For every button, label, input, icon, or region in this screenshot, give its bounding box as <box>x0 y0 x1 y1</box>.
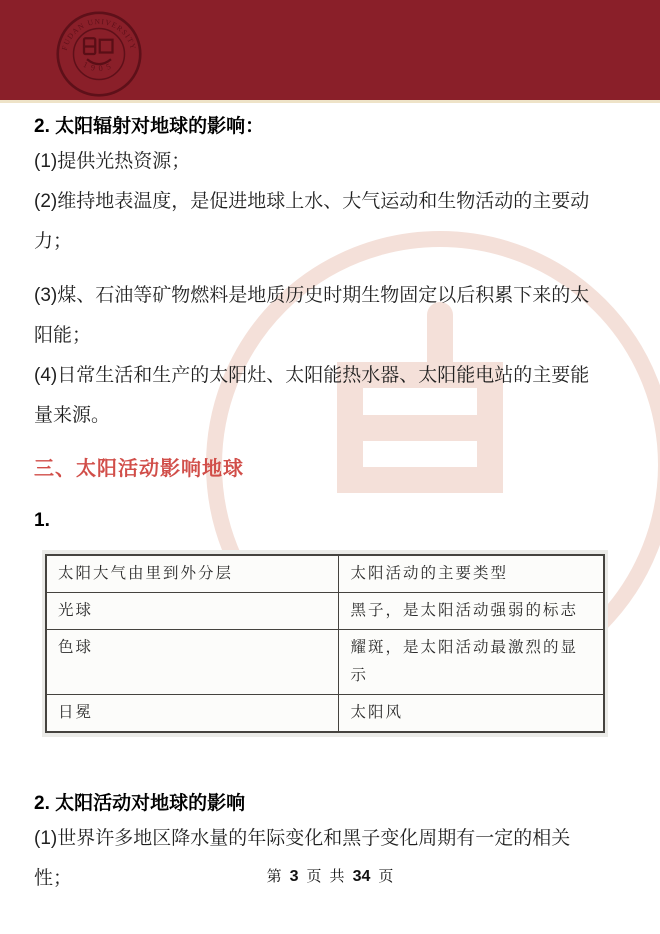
table-row: 光球 黑子，是太阳活动强弱的标志 <box>46 593 604 630</box>
section-heading-solar-activity: 三、太阳活动影响地球 <box>34 454 630 484</box>
seal-year-text: 1905 <box>82 60 117 73</box>
body-line: 阳能； <box>34 316 630 356</box>
table-cell: 日冕 <box>46 695 339 733</box>
university-seal-icon: FUDAN UNIVERSITY 1905 <box>54 9 144 99</box>
section-heading-solar-activity-effects: 2. 太阳活动对地球的影响 <box>34 789 630 819</box>
total-pages: 34 <box>353 868 371 885</box>
body-line: (4)日常生活和生产的太阳灶、太阳能热水器、太阳能电站的主要能 <box>34 356 630 396</box>
table-cell: 太阳风 <box>339 695 604 733</box>
footer-text: 共 <box>330 868 345 885</box>
table-cell: 黑子，是太阳活动强弱的标志 <box>339 593 604 630</box>
table-row: 日冕 太阳风 <box>46 695 604 733</box>
table-cell: 耀斑，是太阳活动最激烈的显示 <box>339 630 604 695</box>
body-line: (1)世界许多地区降水量的年际变化和黑子变化周期有一定的相关 <box>34 819 630 859</box>
list-number: 1. <box>34 506 630 536</box>
document-body: 2. 太阳辐射对地球的影响： (1)提供光热资源； (2)维持地表温度，是促进地… <box>34 112 630 899</box>
table-header-row: 太阳大气由里到外分层 太阳活动的主要类型 <box>46 555 604 593</box>
body-line: 力； <box>34 222 630 262</box>
seal-center-emblem <box>84 38 113 64</box>
section-heading-solar-radiation: 2. 太阳辐射对地球的影响： <box>34 112 630 142</box>
body-line: 量来源。 <box>34 396 630 436</box>
table-cell: 光球 <box>46 593 339 630</box>
body-line: (1)提供光热资源； <box>34 142 630 182</box>
footer-text: 页 <box>307 868 322 885</box>
table-header-cell: 太阳活动的主要类型 <box>339 555 604 593</box>
spacer <box>34 262 630 276</box>
table-row: 色球 耀斑，是太阳活动最激烈的显示 <box>46 630 604 695</box>
header-band: FUDAN UNIVERSITY 1905 <box>0 0 660 100</box>
table-cell: 色球 <box>46 630 339 695</box>
page-number: 3 <box>290 868 299 885</box>
table-header-cell: 太阳大气由里到外分层 <box>46 555 339 593</box>
solar-activity-table: 太阳大气由里到外分层 太阳活动的主要类型 光球 黑子，是太阳活动强弱的标志 色球… <box>42 550 608 737</box>
footer-text: 页 <box>378 868 393 885</box>
page-footer: 第3页共34页 <box>0 864 660 890</box>
footer-text: 第 <box>267 868 282 885</box>
body-line: (3)煤、石油等矿物燃料是地质历史时期生物固定以后积累下来的太 <box>34 276 630 316</box>
banner-divider <box>0 100 660 103</box>
body-line: (2)维持地表温度，是促进地球上水、大气运动和生物活动的主要动 <box>34 182 630 222</box>
svg-text:1905: 1905 <box>82 60 117 73</box>
